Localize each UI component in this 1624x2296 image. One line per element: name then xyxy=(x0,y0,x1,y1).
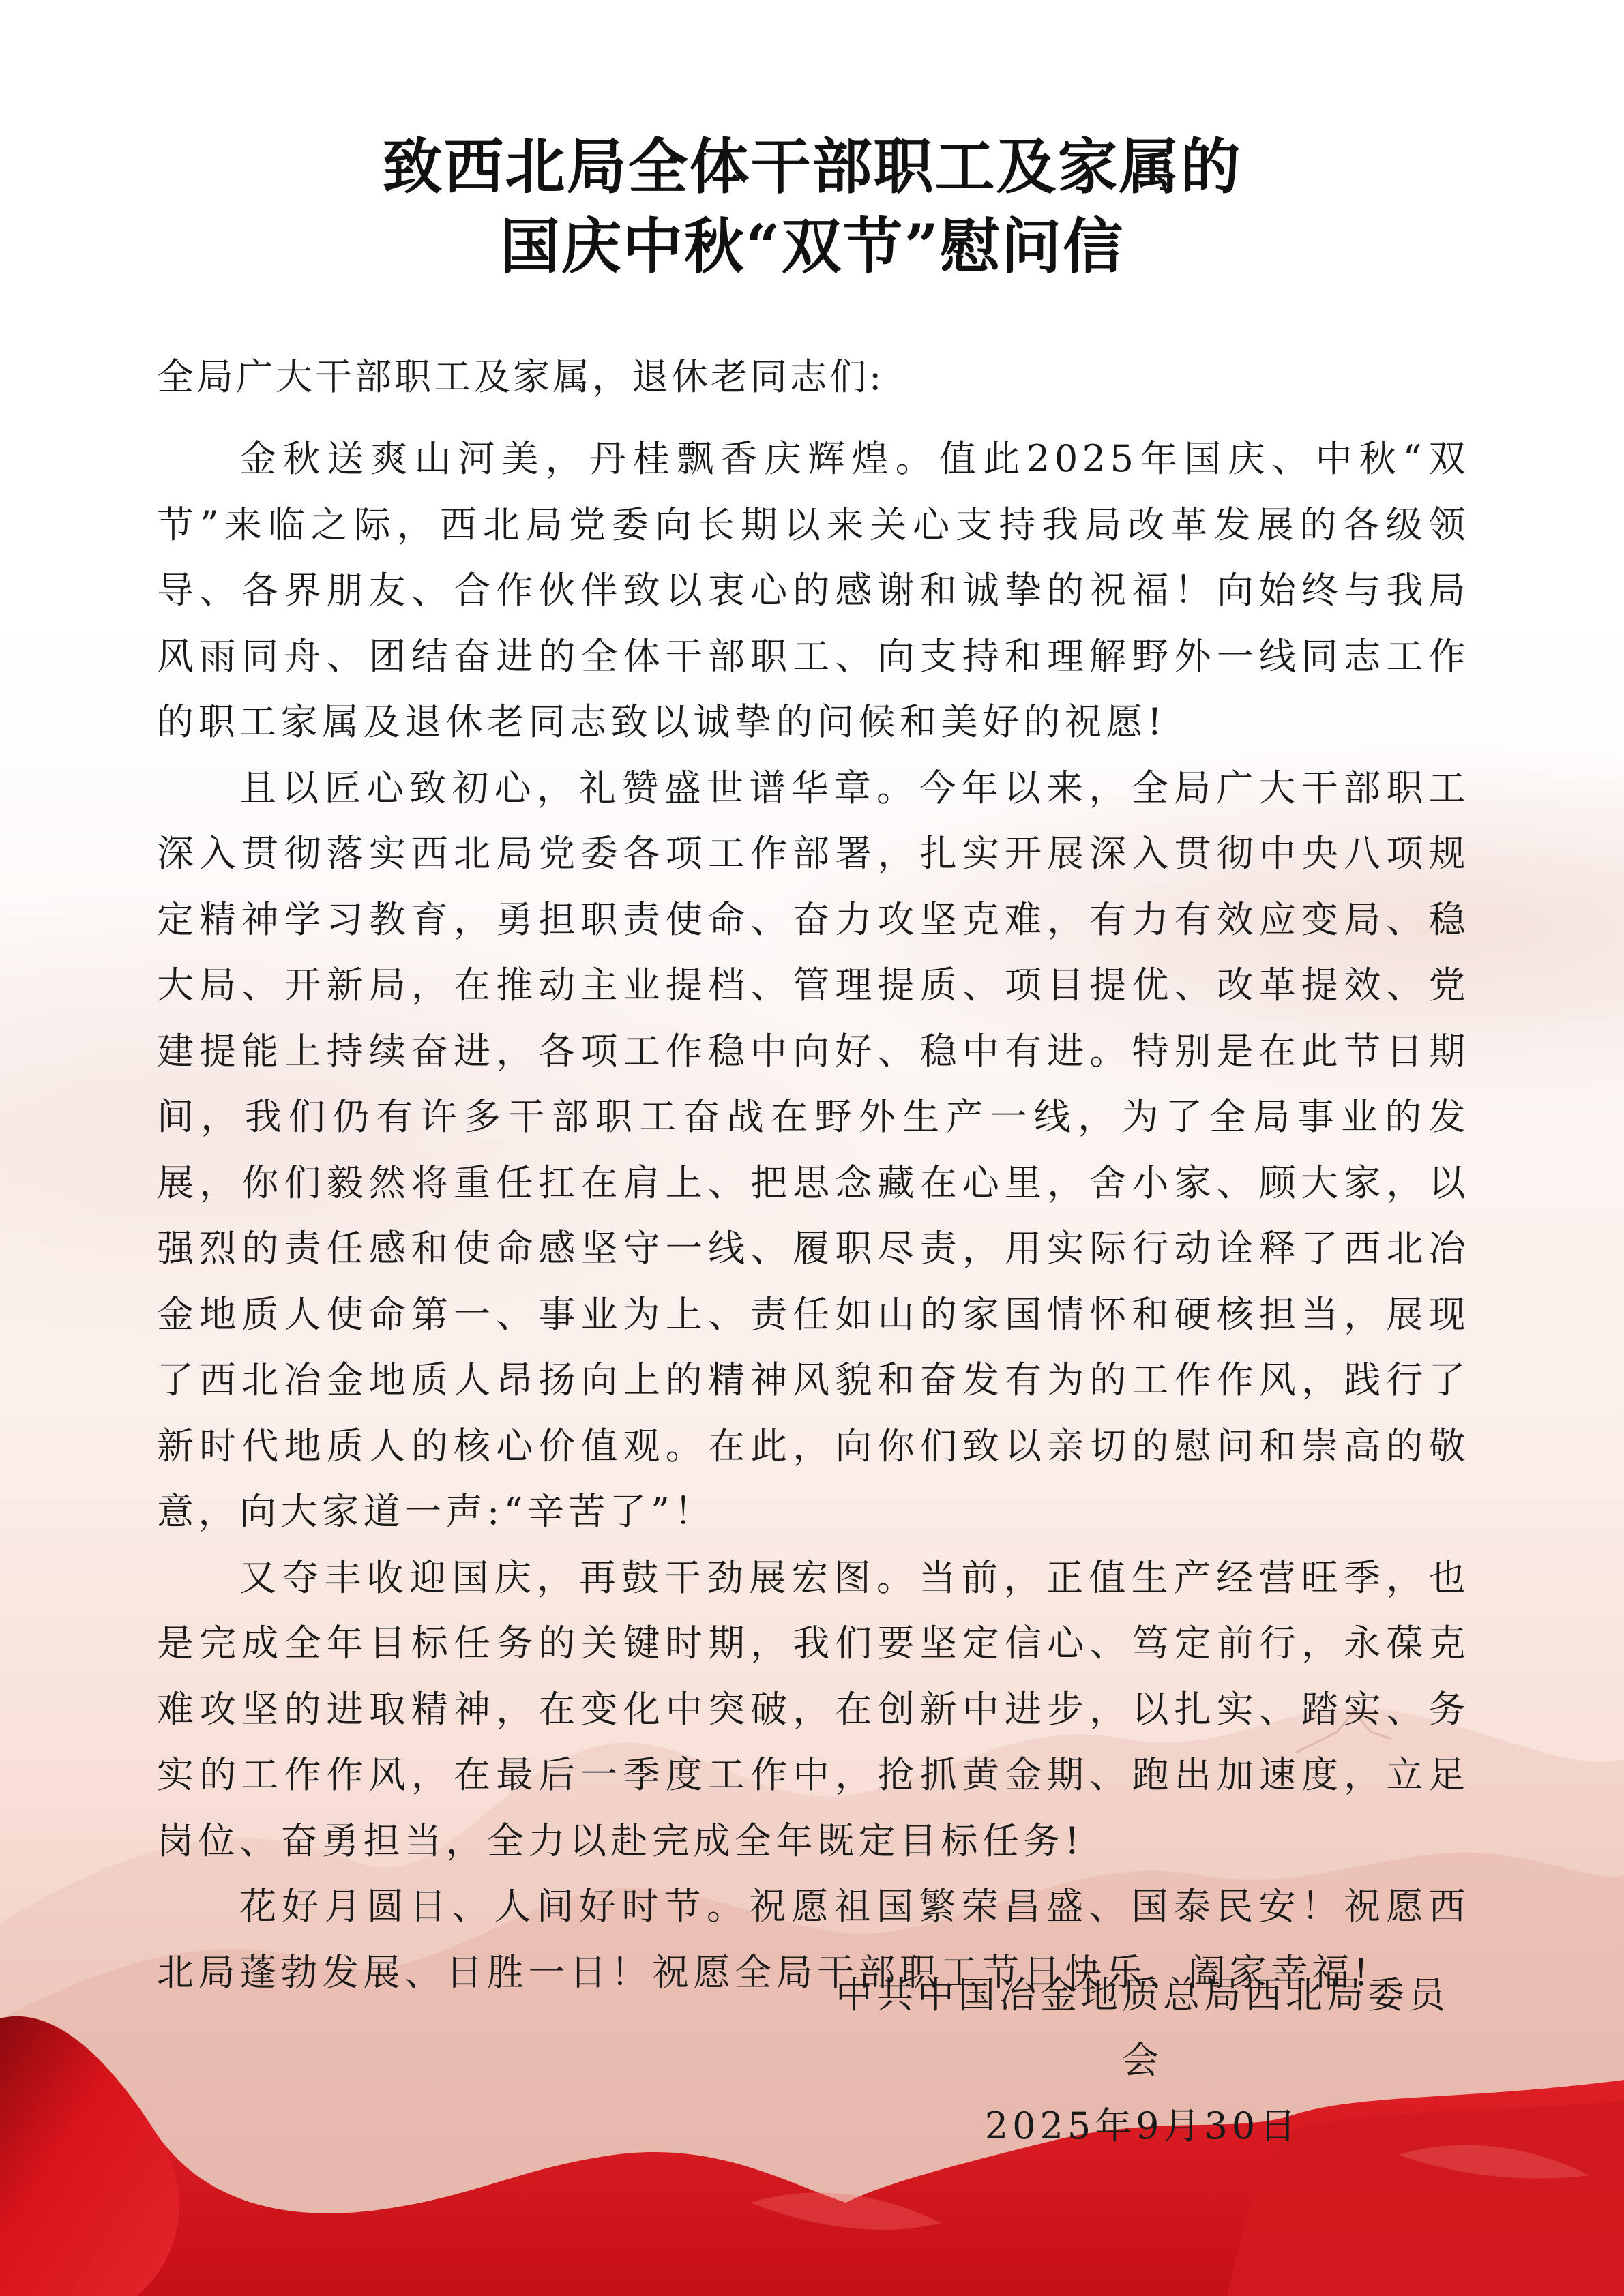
letter-title-line-1: 致西北局全体干部职工及家属的 xyxy=(0,119,1624,205)
paragraph-achievements: 且以匠心致初心，礼赞盛世谱华章。今年以来，全局广大干部职工深入贯彻落实西北局党委… xyxy=(157,756,1470,1545)
paragraph-greeting: 金秋送爽山河美，丹桂飘香庆辉煌。值此2025年国庆、中秋“双节”来临之际，西北局… xyxy=(157,426,1470,756)
letter-salutation: 全局广大干部职工及家属，退休老同志们: xyxy=(157,348,884,400)
letter-title-line-2: 国庆中秋“双节”慰问信 xyxy=(0,199,1624,285)
signature-date: 2025年9月30日 xyxy=(818,2093,1466,2159)
letter-body: 金秋送爽山河美，丹桂飘香庆辉煌。值此2025年国庆、中秋“双节”来临之际，西北局… xyxy=(157,426,1470,2006)
signature-organization: 中共中国冶金地质总局西北局委员会 xyxy=(818,1963,1466,2093)
letter-signature: 中共中国冶金地质总局西北局委员会 2025年9月30日 xyxy=(818,1963,1466,2159)
paragraph-goals: 又夺丰收迎国庆，再鼓干劲展宏图。当前，正值生产经营旺季，也是完成全年目标任务的关… xyxy=(157,1545,1470,1875)
